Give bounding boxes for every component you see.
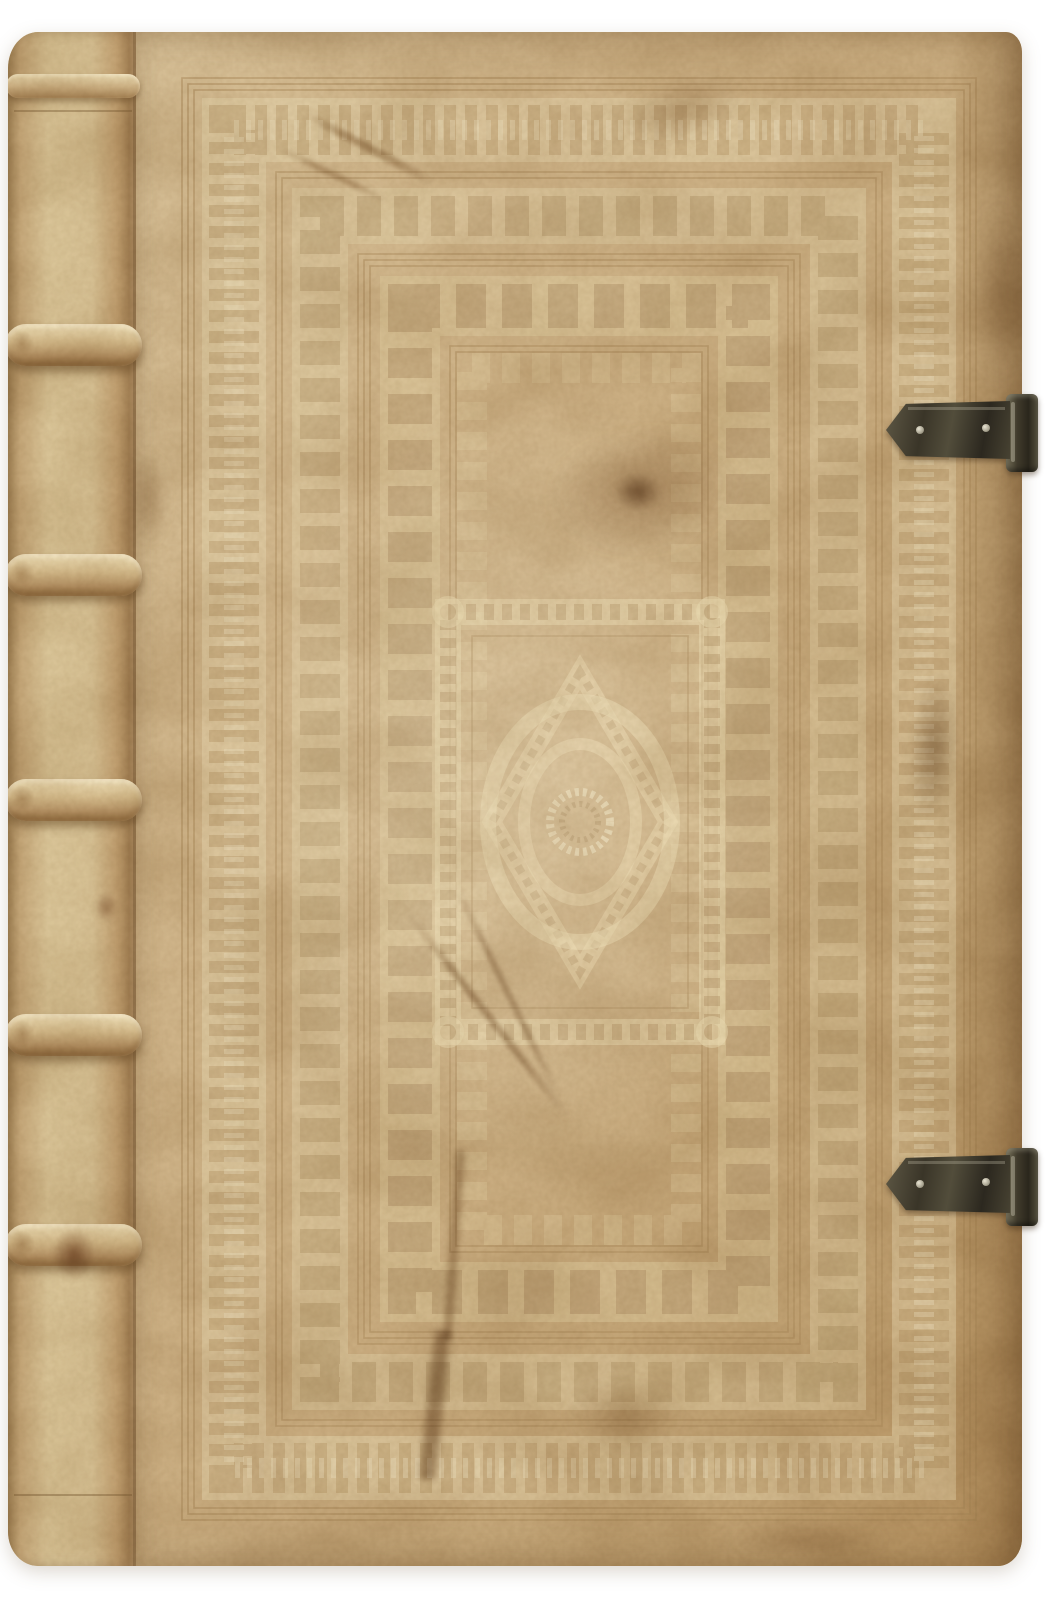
spine-raised-band xyxy=(8,554,142,596)
spine-tail-fillet xyxy=(14,1494,132,1496)
clasp-rivet xyxy=(916,1180,924,1188)
book xyxy=(8,32,1022,1566)
clasp-rivet xyxy=(916,426,924,434)
spine-raised-band xyxy=(8,1224,142,1266)
metal-clasp xyxy=(886,394,1038,472)
book-spine xyxy=(8,32,136,1566)
spine-head-cap xyxy=(8,74,140,98)
book-surface xyxy=(8,32,1022,1566)
spine-head-fillet xyxy=(14,110,132,112)
clasp-plate xyxy=(886,1155,1010,1213)
spine-raised-band xyxy=(8,324,142,366)
spine-raised-band xyxy=(8,1014,142,1056)
clasp-hinge xyxy=(1006,1148,1038,1226)
clasp-rivet xyxy=(982,424,990,432)
book-front-cover xyxy=(136,32,1022,1566)
blind-tooling-decoration xyxy=(136,32,1022,1566)
clasp-rivet xyxy=(982,1178,990,1186)
clasp-plate xyxy=(886,401,1010,459)
metal-clasp xyxy=(886,1148,1038,1226)
spine-raised-band xyxy=(8,779,142,821)
clasp-hinge xyxy=(1006,394,1038,472)
photograph xyxy=(0,0,1062,1600)
fore-edge-darkening xyxy=(950,32,1022,1566)
